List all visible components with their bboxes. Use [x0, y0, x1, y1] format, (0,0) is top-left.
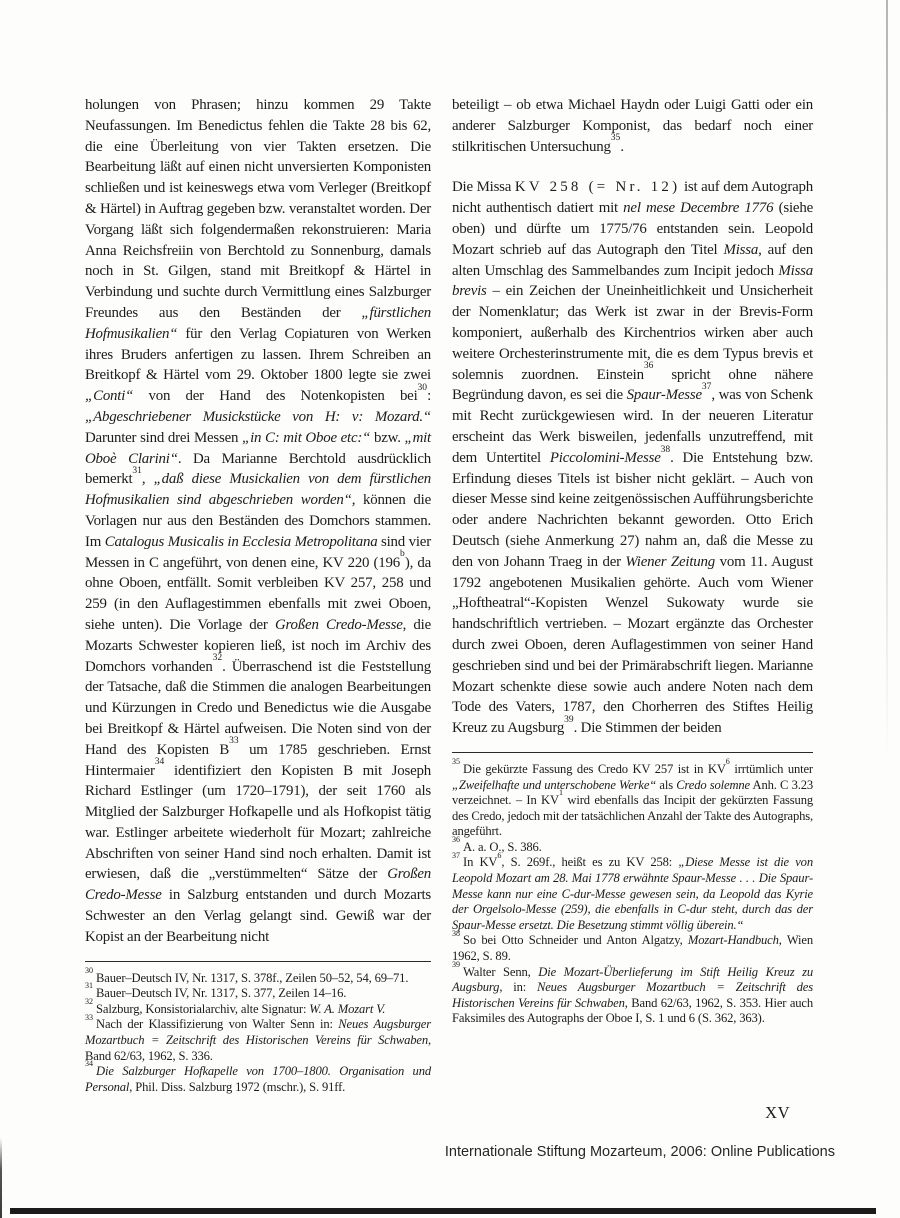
left-column-footnotes: 30Bauer–Deutsch IV, Nr. 1317, S. 378f., … — [85, 971, 431, 1096]
text-segment: , — [142, 471, 154, 487]
footnote: 38So bei Otto Schneider und Anton Algatz… — [452, 933, 813, 964]
page-number: XV — [452, 1103, 790, 1123]
text-segment: W. A. Mozart V. — [309, 1002, 385, 1016]
footnote-number: 33 — [85, 1013, 93, 1022]
right-column-text: beteiligt – ob etwa Michael Haydn oder L… — [452, 95, 813, 739]
text-segment: Großen Credo-Messe — [275, 617, 403, 633]
footnote-reference: 32 — [213, 653, 223, 663]
footnote-number: 36 — [452, 835, 460, 844]
text-segment: „in C: mit Oboe etc:“ — [242, 430, 370, 446]
footnote-reference: 39 — [564, 715, 574, 725]
footnote: 35Die gekürzte Fassung des Credo KV 257 … — [452, 762, 813, 840]
paragraph: beteiligt – ob etwa Michael Haydn oder L… — [452, 95, 813, 157]
footnote-number: 39 — [452, 960, 460, 969]
text-segment: Darunter sind drei Messen — [85, 430, 242, 446]
text-segment: Bauer–Deutsch IV, Nr. 1317, S. 378f., Ze… — [96, 971, 408, 985]
footnote-reference: 6 — [497, 851, 501, 860]
text-segment: Mozart-Handbuch — [688, 933, 779, 947]
scan-edge-bottom — [10, 1208, 876, 1214]
footnote: 37In KV6, S. 269f., heißt es zu KV 258: … — [452, 855, 813, 933]
text-segment: „Zweifelhafte und unterschobene Werke“ — [452, 778, 656, 792]
text-segment: . Die Stimmen der beiden — [574, 720, 722, 736]
text-segment: identifiziert den Kopisten B mit Joseph … — [85, 763, 431, 883]
scan-edge-right — [886, 0, 888, 760]
text-segment: , in: — [499, 980, 537, 994]
left-column: holungen von Phrasen; hinzu kommen 29 Ta… — [85, 95, 431, 1095]
text-segment: holungen von Phrasen; hinzu kommen 29 Ta… — [85, 97, 431, 321]
footnote-reference: 30 — [418, 383, 428, 393]
footnote-separator-right — [452, 752, 813, 753]
footnote-separator-left — [85, 961, 431, 962]
text-segment: Bauer–Deutsch IV, Nr. 1317, S. 377, Zeil… — [96, 986, 346, 1000]
text-segment: Credo solemne — [676, 778, 750, 792]
scan-edge-left — [0, 1138, 2, 1218]
footnote-reference: 36 — [644, 361, 654, 371]
footnote-reference: b — [400, 549, 405, 559]
footnote-reference: 35 — [611, 133, 621, 143]
footnote-reference: 33 — [229, 736, 239, 746]
paragraph: Die Missa KV 258 (= Nr. 12) ist auf dem … — [452, 177, 813, 739]
footnote: 33Nach der Klassifizierung von Walter Se… — [85, 1017, 431, 1064]
text-segment: , Phil. Diss. Salzburg 1972 (mschr.), S.… — [129, 1080, 345, 1094]
text-segment: . Die Entstehung bzw. Erfindung dieses T… — [452, 450, 813, 570]
footnote-number: 32 — [85, 997, 93, 1006]
right-column: beteiligt – ob etwa Michael Haydn oder L… — [452, 95, 813, 1027]
footnote-reference: 31 — [132, 466, 142, 476]
text-segment: nel mese Decembre 1776 — [623, 200, 773, 216]
footnote: 30Bauer–Deutsch IV, Nr. 1317, S. 378f., … — [85, 971, 431, 987]
publication-footer: Internationale Stiftung Mozarteum, 2006:… — [445, 1144, 835, 1160]
paragraph: holungen von Phrasen; hinzu kommen 29 Ta… — [85, 95, 431, 948]
text-segment: von der Hand des Notenkopisten bei — [133, 388, 417, 404]
footnote-reference: 38 — [661, 445, 671, 455]
text-segment: : — [427, 388, 431, 404]
footnote-reference: 34 — [155, 757, 165, 767]
right-column-footnotes: 35Die gekürzte Fassung des Credo KV 257 … — [452, 762, 813, 1027]
text-segment: Die Missa — [452, 179, 515, 195]
text-segment: „Conti“ — [85, 388, 133, 404]
text-segment: A. a. O., S. 386. — [463, 840, 542, 854]
text-segment: vom 11. August 1792 angebotenen Musikali… — [452, 554, 813, 736]
text-segment: In KV — [463, 855, 497, 869]
footnote-number: 37 — [452, 851, 460, 860]
footnote-number: 34 — [85, 1059, 93, 1068]
footnote-number: 30 — [85, 966, 93, 975]
footnote: 32Salzburg, Konsistorialarchiv, alte Sig… — [85, 1002, 431, 1018]
text-segment: Walter Senn, — [463, 965, 538, 979]
text-segment: Piccolomini-Messe — [550, 450, 661, 466]
text-segment: So bei Otto Schneider und Anton Algatzy, — [463, 933, 688, 947]
footnote: 36A. a. O., S. 386. — [452, 840, 813, 856]
text-segment: Wiener Zeitung — [625, 554, 715, 570]
text-segment: als — [656, 778, 676, 792]
text-segment: beteiligt – ob etwa Michael Haydn oder L… — [452, 97, 813, 155]
text-segment: irrtümlich unter — [730, 762, 813, 776]
text-segment: Nach der Klassifizierung von Walter Senn… — [96, 1017, 338, 1031]
footnote-number: 38 — [452, 929, 460, 938]
text-segment: Spaur-Messe — [627, 387, 702, 403]
text-segment: Catalogus Musicalis in Ecclesia Metropol… — [105, 534, 378, 550]
text-segment: KV 258 (= Nr. 12) — [515, 179, 680, 195]
text-segment: Missa — [724, 242, 759, 258]
footnote-reference: 6 — [726, 757, 730, 766]
text-segment: „Abgeschriebener Musickstücke von H: v: … — [85, 409, 431, 425]
footnote: 34Die Salzburger Hofkapelle von 1700–180… — [85, 1064, 431, 1095]
text-segment: Die gekürzte Fassung des Credo KV 257 is… — [463, 762, 726, 776]
footnote-number: 31 — [85, 981, 93, 990]
left-column-text: holungen von Phrasen; hinzu kommen 29 Ta… — [85, 95, 431, 948]
text-segment: . — [620, 139, 624, 155]
footnote: 31Bauer–Deutsch IV, Nr. 1317, S. 377, Ze… — [85, 986, 431, 1002]
footnote: 39Walter Senn, Die Mozart-Überlieferung … — [452, 965, 813, 1027]
footnote-number: 35 — [452, 757, 460, 766]
footnote-reference: 37 — [702, 382, 712, 392]
text-segment: Salzburg, Konsistorialarchiv, alte Signa… — [96, 1002, 309, 1016]
text-segment: bzw. — [370, 430, 404, 446]
footnote-reference: 1 — [559, 788, 563, 797]
text-segment: , S. 269f., heißt es zu KV 258: — [501, 855, 678, 869]
document-page: holungen von Phrasen; hinzu kommen 29 Ta… — [0, 0, 900, 1218]
